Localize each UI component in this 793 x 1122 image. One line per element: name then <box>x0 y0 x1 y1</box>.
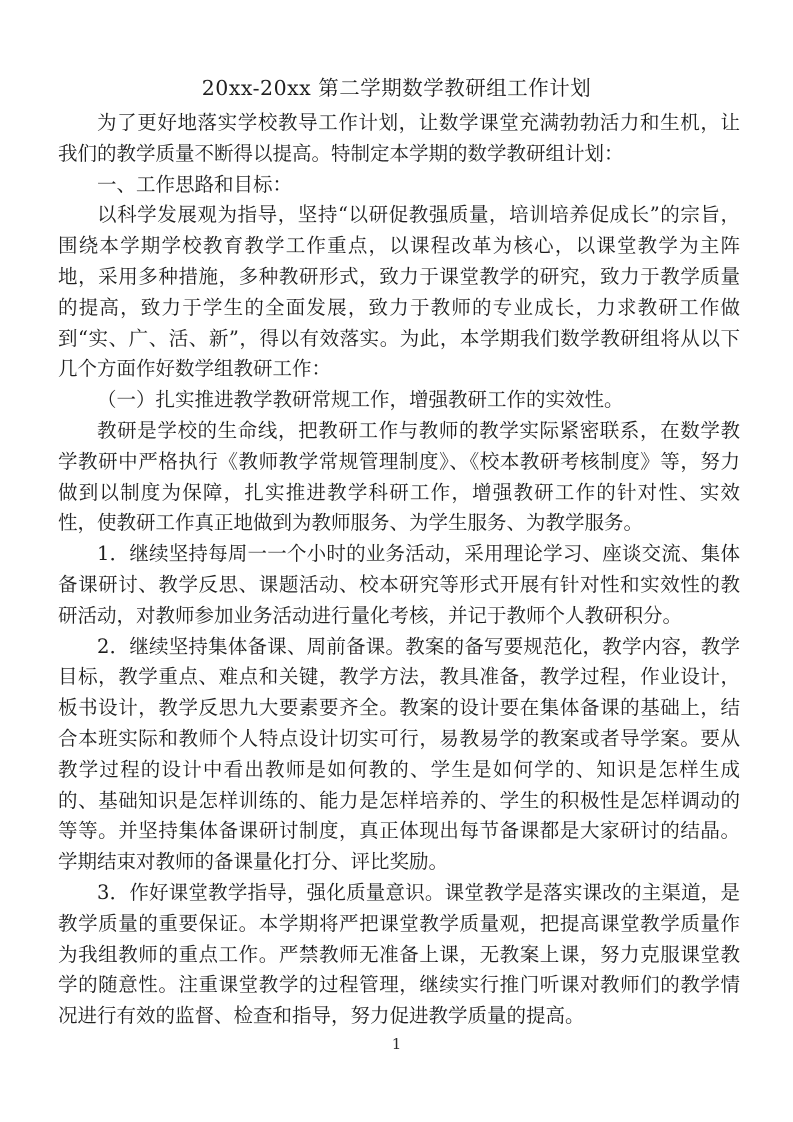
intro-paragraph: 为了更好地落实学校教导工作计划，让数学课堂充满勃勃活力和生机，让我们的教学质量不… <box>58 108 740 170</box>
document-body: 为了更好地落实学校教导工作计划，让数学课堂充满勃勃活力和生机，让我们的教学质量不… <box>58 108 740 1032</box>
document-title: 20xx-20xx 第二学期数学教研组工作计划 <box>0 72 793 104</box>
item-2-paragraph: 2．继续坚持集体备课、周前备课。教案的备写要规范化，教学内容，教学目标，教学重点… <box>58 632 740 878</box>
research-routine-paragraph: 教研是学校的生命线，把教研工作与教师的教学实际紧密联系，在数学教学教研中严格执行… <box>58 416 740 539</box>
guiding-principles-paragraph: 以科学发展观为指导，坚持“以研促教强质量，培训培养促成长”的宗旨，围绕本学期学校… <box>58 200 740 385</box>
item-1-paragraph: 1．继续坚持每周一一个小时的业务活动，采用理论学习、座谈交流、集体备课研讨、教学… <box>58 539 740 631</box>
section-heading-1: 一、工作思路和目标： <box>58 170 740 201</box>
page-number: 1 <box>0 1034 793 1054</box>
item-3-paragraph: 3．作好课堂教学指导，强化质量意识。课堂教学是落实课改的主渠道，是教学质量的重要… <box>58 878 740 1032</box>
document-page: 20xx-20xx 第二学期数学教研组工作计划 为了更好地落实学校教导工作计划，… <box>0 0 793 1122</box>
subsection-heading-1: （一）扎实推进教学教研常规工作，增强教研工作的实效性。 <box>58 385 740 416</box>
